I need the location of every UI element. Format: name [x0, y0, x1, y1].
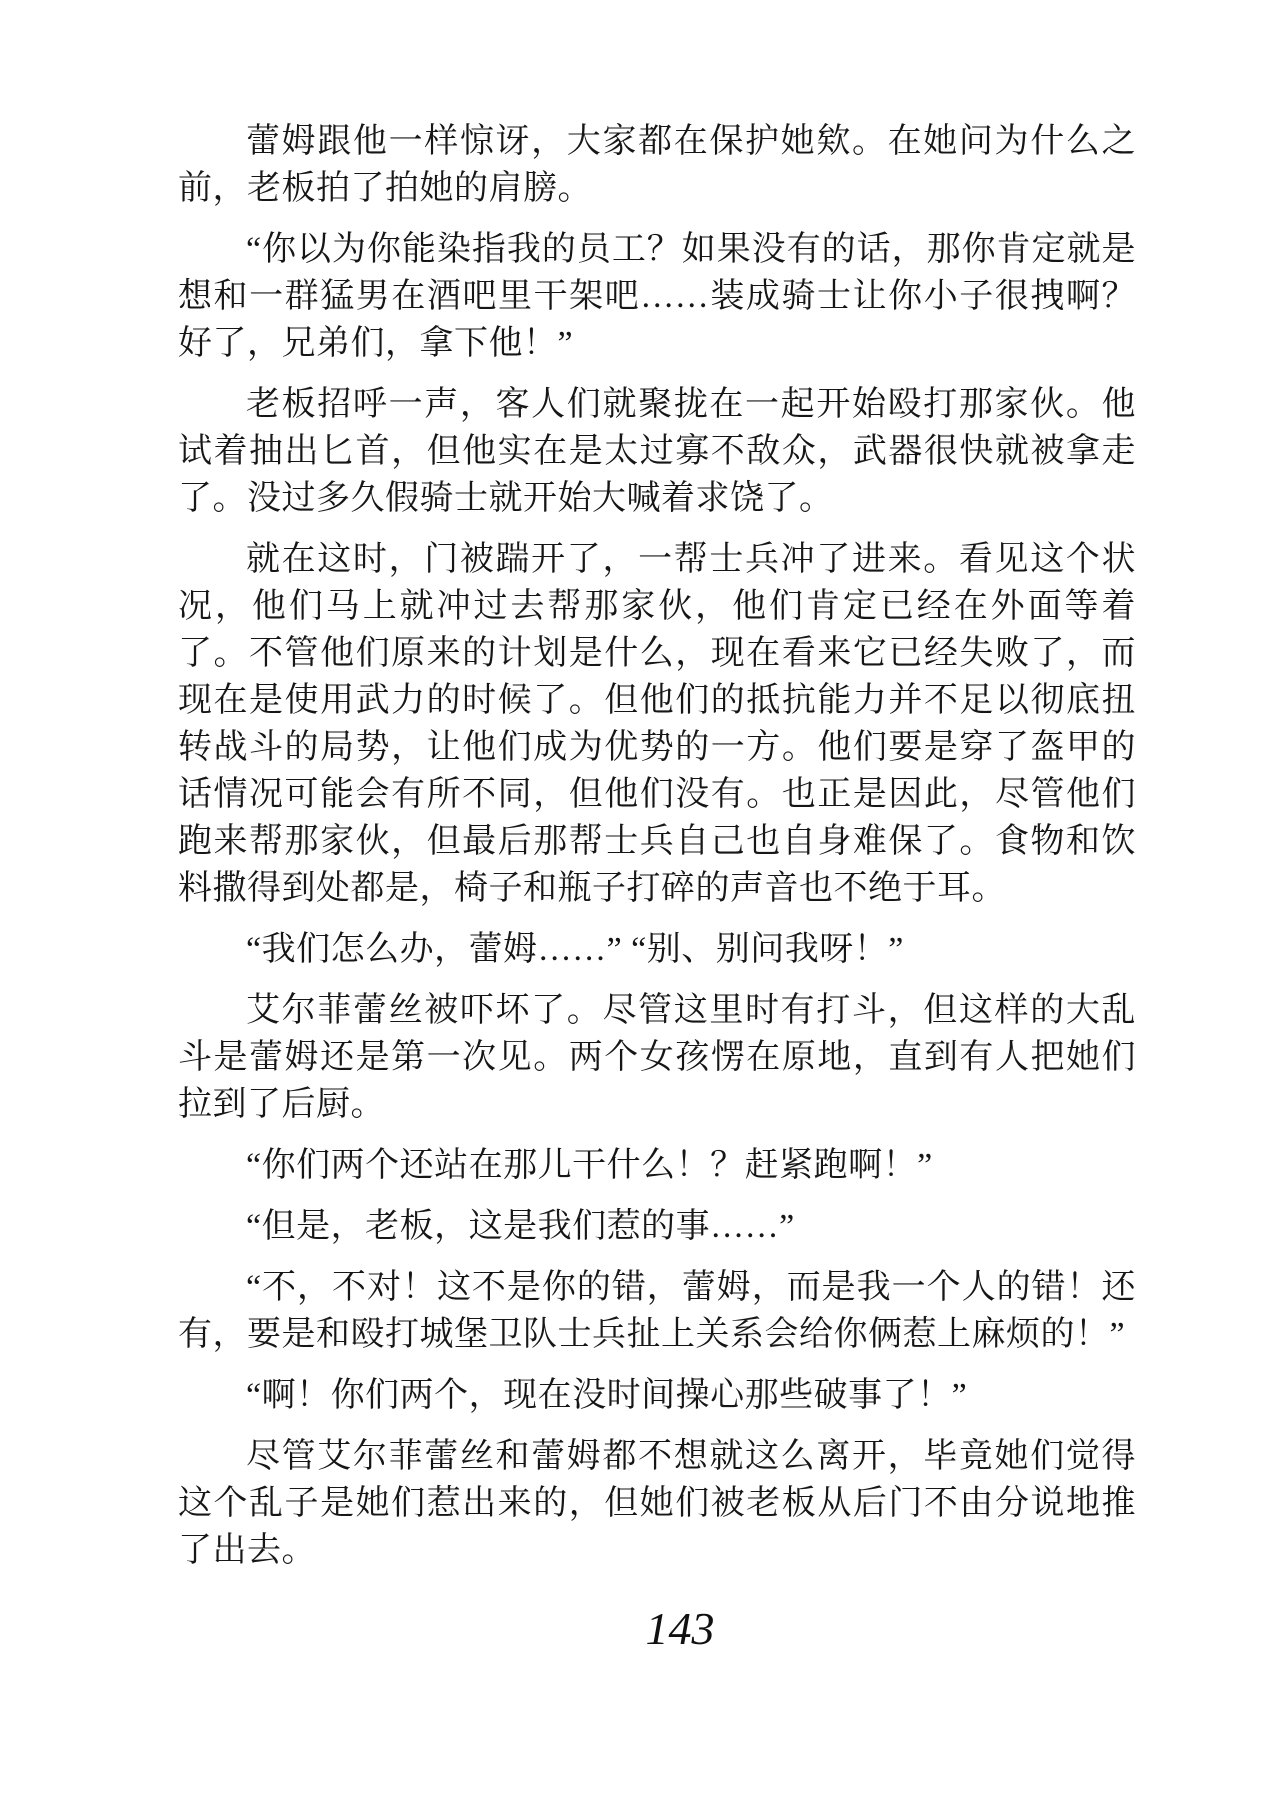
paragraph: 蕾姆跟他一样惊讶，大家都在保护她欸。在她问为什么之前，老板拍了拍她的肩膀。: [178, 118, 1136, 212]
book-page: 蕾姆跟他一样惊讶，大家都在保护她欸。在她问为什么之前，老板拍了拍她的肩膀。 “你…: [0, 0, 1280, 1816]
paragraph: 艾尔菲蕾丝被吓坏了。尽管这里时有打斗，但这样的大乱斗是蕾姆还是第一次见。两个女孩…: [178, 987, 1136, 1128]
paragraph: 老板招呼一声，客人们就聚拢在一起开始殴打那家伙。他试着抽出匕首，但他实在是太过寡…: [178, 381, 1136, 522]
paragraph: 就在这时，门被踹开了，一帮士兵冲了进来。看见这个状况，他们马上就冲过去帮那家伙，…: [178, 536, 1136, 912]
page-number: 143: [580, 1602, 780, 1655]
text-block: 蕾姆跟他一样惊讶，大家都在保护她欸。在她问为什么之前，老板拍了拍她的肩膀。 “你…: [178, 118, 1136, 1588]
paragraph: 尽管艾尔菲蕾丝和蕾姆都不想就这么离开，毕竟她们觉得这个乱子是她们惹出来的，但她们…: [178, 1433, 1136, 1574]
paragraph: “你以为你能染指我的员工？如果没有的话，那你肯定就是想和一群猛男在酒吧里干架吧……: [178, 226, 1136, 367]
paragraph: “但是，老板，这是我们惹的事……”: [178, 1203, 1136, 1250]
paragraph: “不，不对！这不是你的错，蕾姆，而是我一个人的错！还有，要是和殴打城堡卫队士兵扯…: [178, 1264, 1136, 1358]
paragraph: “你们两个还站在那儿干什么！？赶紧跑啊！”: [178, 1142, 1136, 1189]
paragraph: “我们怎么办，蕾姆……” “别、别问我呀！”: [178, 926, 1136, 973]
paragraph: “啊！你们两个，现在没时间操心那些破事了！”: [178, 1372, 1136, 1419]
